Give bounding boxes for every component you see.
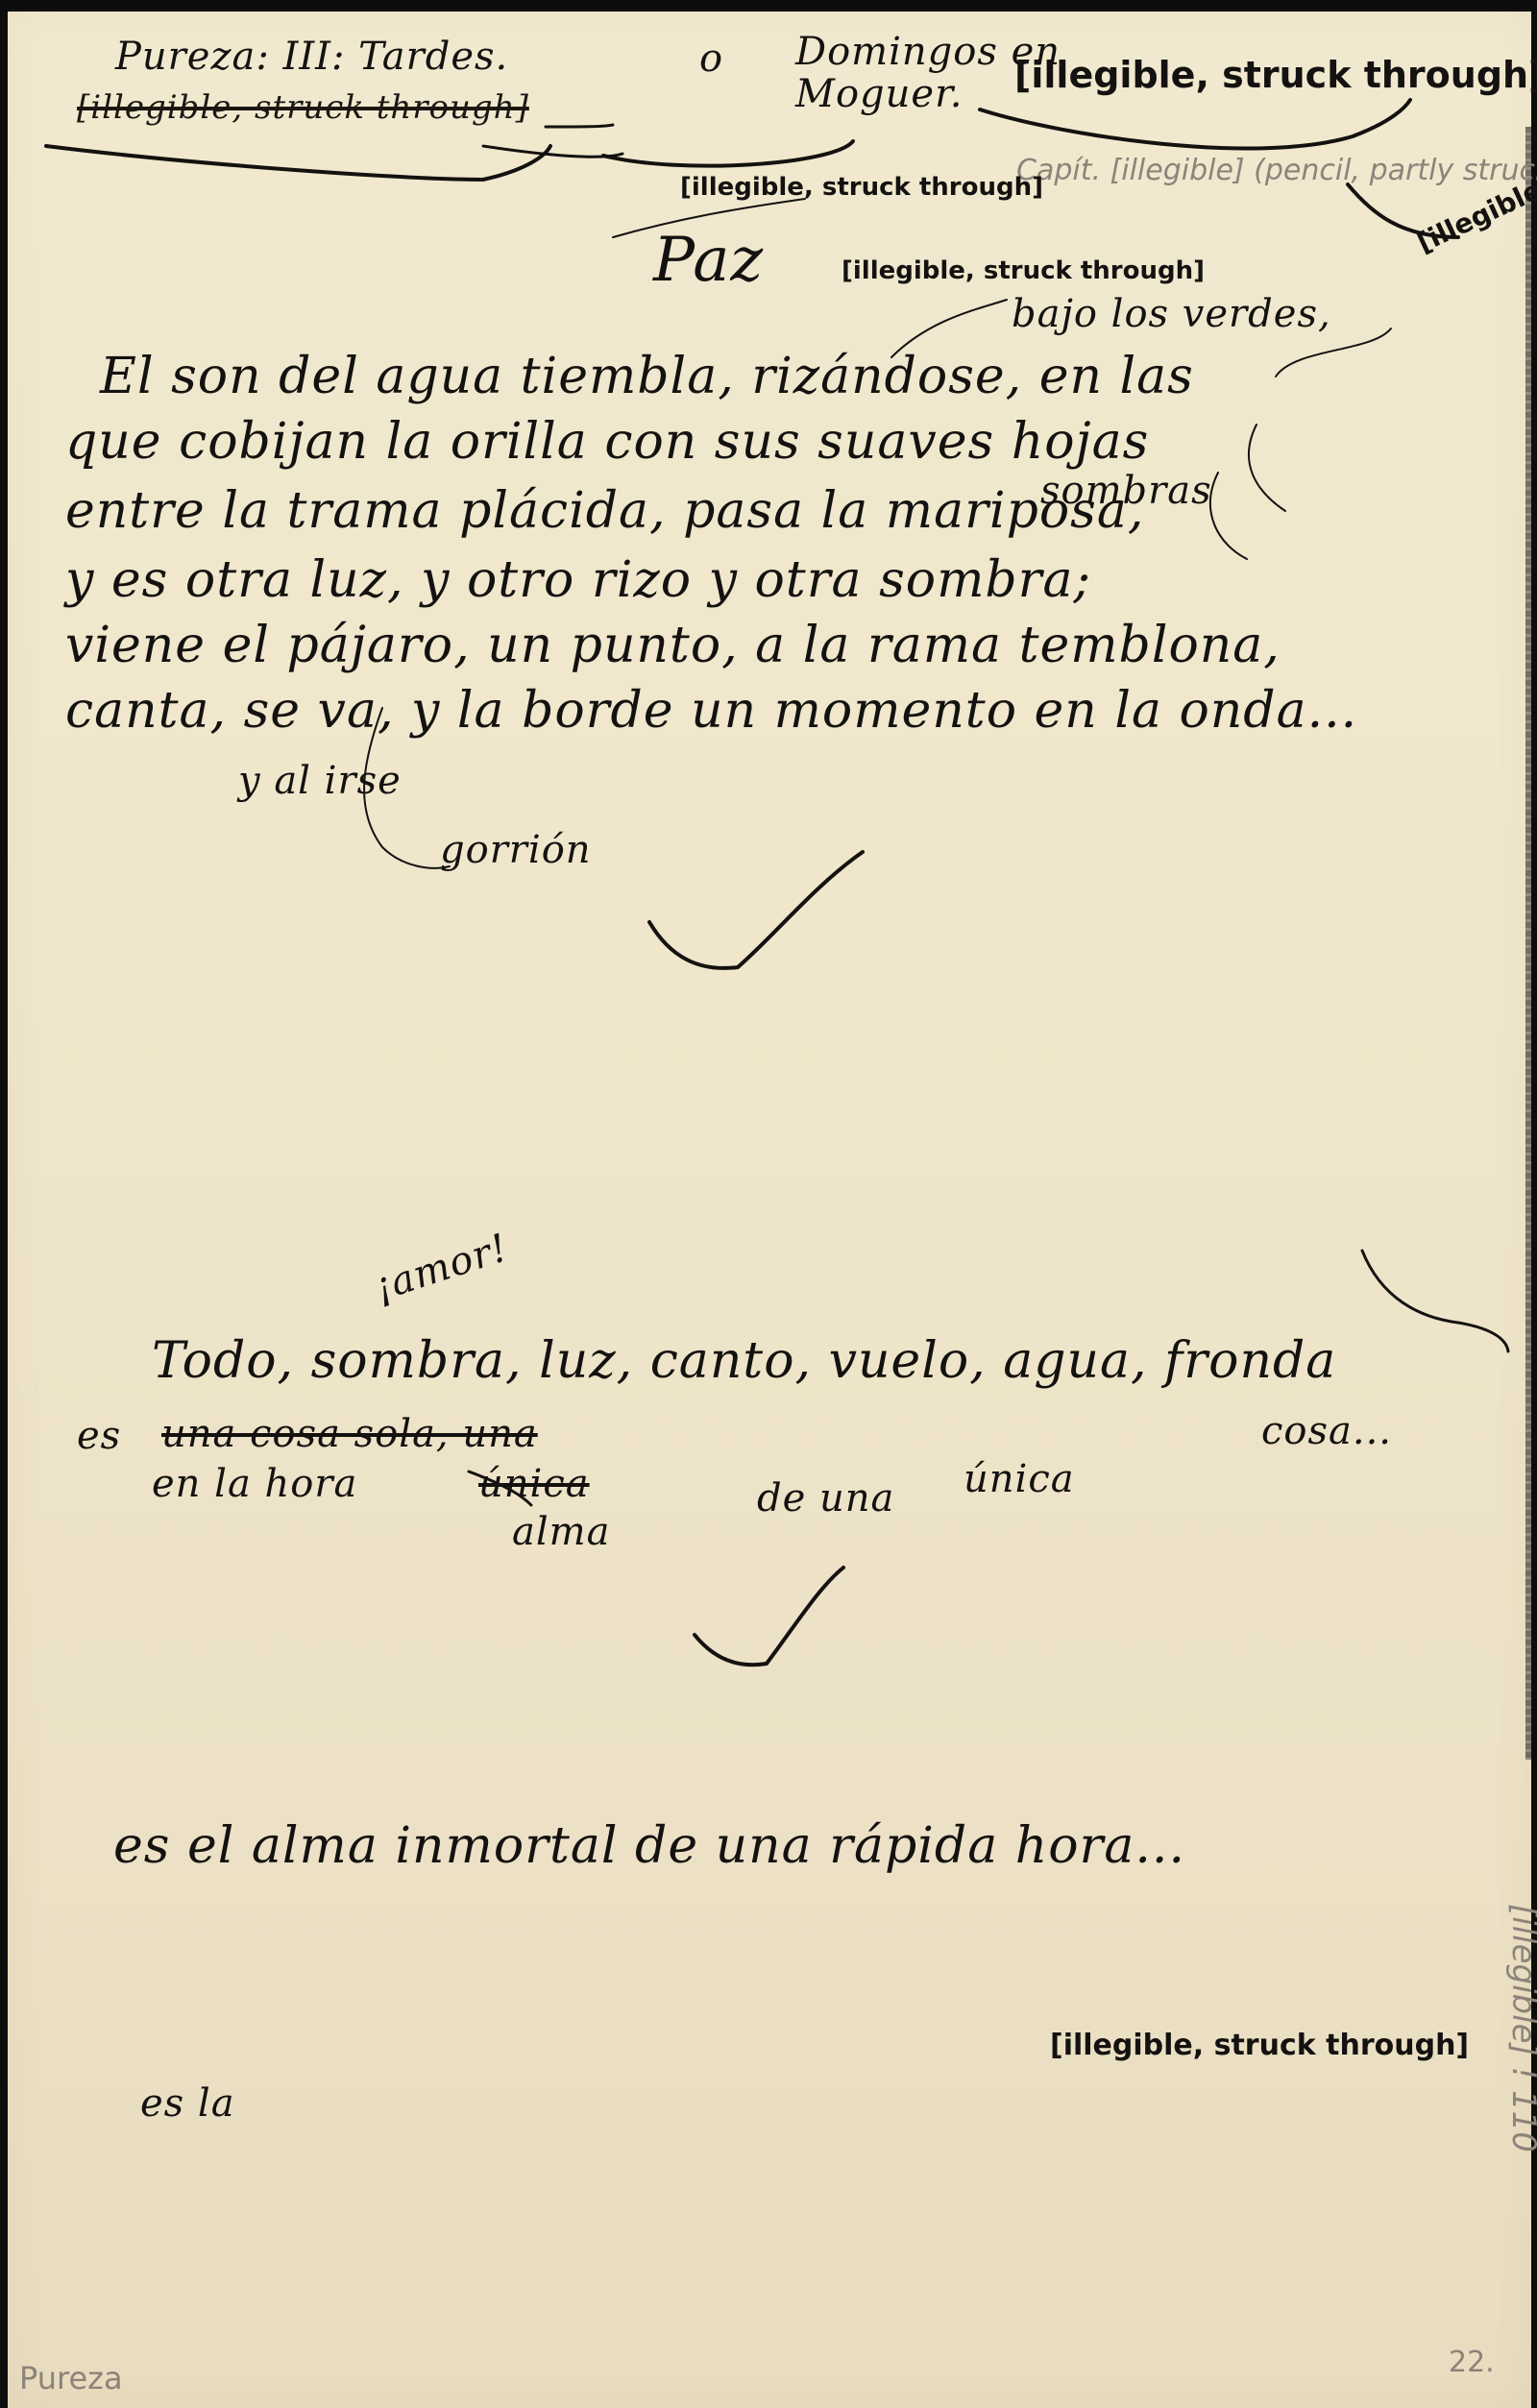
header-struck-word: [illegible, struck through] <box>1014 54 1537 96</box>
poem-title-struck-beside: [illegible, struck through] <box>842 256 1205 285</box>
insert-amor: ¡amor! <box>369 1226 513 1310</box>
stanza2-line3-struck: única <box>478 1462 590 1506</box>
stanza2-line1: Todo, sombra, luz, canto, vuelo, agua, f… <box>152 1332 1336 1390</box>
stanza2-insert-unica: única <box>964 1457 1075 1501</box>
page-number: 22. <box>1449 2346 1495 2379</box>
fragment-struck: [illegible, struck through] <box>1050 2029 1469 2062</box>
stanza2-line2-struck: una cosa sola, una <box>161 1412 538 1456</box>
page-edge-shadow <box>1525 127 1531 1760</box>
header-struck-subtitle: [illegible, struck through] <box>77 88 529 127</box>
footer-label: Pureza <box>19 2360 123 2396</box>
final-line: es el alma inmortal de una rápida hora..… <box>113 1817 1185 1875</box>
stanza1-line3: entre la trama plácida, pasa la mariposa… <box>65 482 1144 540</box>
interlinear-y-al-irse: y al irse <box>238 759 402 803</box>
stanza1-line2: que cobijan la orilla con sus suaves hoj… <box>65 413 1149 471</box>
stanza2-line2-prefix: es <box>77 1414 121 1458</box>
stanza1-line5: viene el pájaro, un punto, a la rama tem… <box>65 617 1281 674</box>
stanza2-line2-suffix: cosa... <box>1261 1409 1392 1453</box>
interlinear-gorrion: gorrión <box>440 828 592 872</box>
poem-title: Paz <box>653 225 764 296</box>
header-title: Pureza: III: Tardes. <box>115 35 508 79</box>
stanza1-line6: canta, se va, y la borde un momento en l… <box>65 682 1357 740</box>
stanza2-line3-de-una: de una <box>757 1476 894 1520</box>
stanza1-line4: y es otra luz, y otro rizo y otra sombra… <box>65 551 1091 609</box>
margin-vertical-note: [illegible] ! 110 <box>1504 1904 1537 2153</box>
stanza1-line1: El son del agua tiembla, rizándose, en l… <box>100 348 1194 405</box>
pencil-note: Capít. [illegible] (pencil, partly struc… <box>1016 154 1537 187</box>
manuscript-page: Pureza: III: Tardes. o Domingos en Mogue… <box>8 12 1531 2408</box>
stanza2-insert-alma: alma <box>512 1510 610 1554</box>
fragment-left: es la <box>140 2081 235 2126</box>
stanza2-line3-prefix: en la hora <box>152 1462 357 1506</box>
header-alt-connector: o <box>699 36 723 81</box>
poem-title-struck-above: [illegible, struck through] <box>680 173 1043 202</box>
insert-bajo-los-verdes: bajo los verdes, <box>1012 292 1331 336</box>
